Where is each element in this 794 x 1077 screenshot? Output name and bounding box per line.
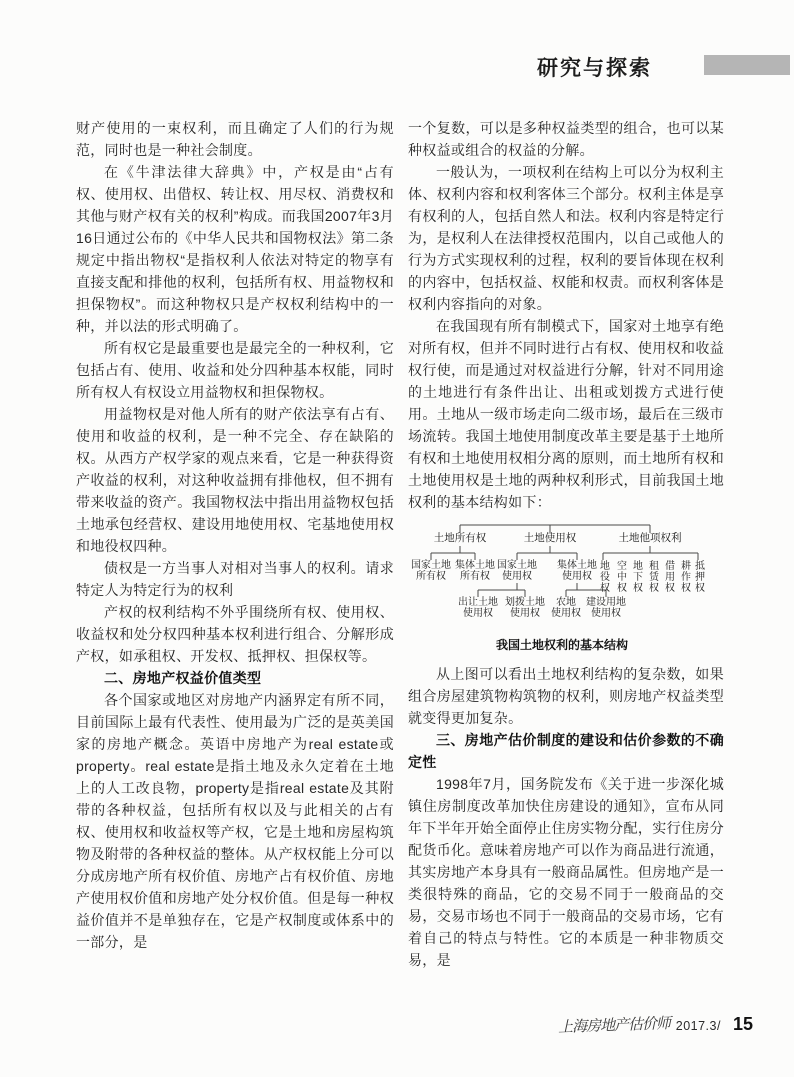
left-column: 财产使用的一束权利，而且确定了人们的行为规范，同时也是一种社会制度。 在《牛津法… [76,117,394,953]
page-number: 15 [733,1014,753,1035]
journal-logo: 上海房地产估价师 [557,1012,670,1037]
node-cultivation-right: 耕作权 [679,560,690,604]
node-farmland-use: 农地 使用权 [551,597,581,619]
paragraph: 在《牛津法律大辞典》中，产权是由“占有权、使用权、出借权、转让权、用尽权、消费权… [76,161,394,337]
header-accent-block [704,55,790,75]
paragraph: 所有权它是最重要也是最完全的一种权利，它包括占有、使用、收益和处分四种基本权能，… [76,337,394,403]
section-heading-3: 三、房地产估价制度的建设和估价参数的不确定性 [408,729,724,773]
node-allocated-land-use: 划拨土地 使用权 [505,597,545,619]
paragraph: 产权的权利结构不外乎围绕所有权、使用权、收益权和处分权四种基本权利进行组合、分解… [76,601,394,667]
paragraph: 一个复数，可以是多种权益类型的组合，也可以某种权益或组合的权益的分解。 [408,117,724,161]
node-other-land-rights: 土地他项权利 [619,533,682,544]
section-label: 研究与探索 [537,52,652,82]
paragraph: 各个国家或地区对房地产内涵界定有所不同，目前国际上最有代表性、使用最为广泛的是英… [76,689,394,953]
diagram-caption: 我国土地权利的基本结构 [496,640,628,651]
land-rights-diagram: 土地所有权 土地使用权 土地他项权利 国家土地 所有权 集体土地 所有权 国家土… [408,519,738,661]
node-state-land-use: 国家土地 使用权 [497,560,537,582]
paragraph: 财产使用的一束权利，而且确定了人们的行为规范，同时也是一种社会制度。 [76,117,394,161]
node-land-ownership-right: 土地所有权 [434,533,487,544]
issue-label: 2017.3/ [676,1019,721,1033]
page-footer: 上海房地产估价师 2017.3/ 15 [558,1014,753,1035]
paragraph: 1998年7月，国务院发布《关于进一步深化城镇住房制度改革加快住房建设的通知》，… [408,773,724,971]
paragraph: 用益物权是对他人所有的财产依法享有占有、使用和收益的权利，是一种不完全、存在缺陷… [76,403,394,557]
paragraph: 从上图可以看出土地权利结构的复杂数，如果组合房屋建筑物构筑物的权利，则房地产权益… [408,663,724,729]
node-state-land-ownership: 国家土地 所有权 [411,560,451,582]
paragraph: 债权是一方当事人对相对当事人的权利。请求特定人为特定行为的权利 [76,557,394,601]
node-construction-land-use: 建设用地 使用权 [586,597,626,619]
paragraph: 一般认为，一项权利在结构上可以分为权利主体、权利内容和权利客体三个部分。权利主体… [408,161,724,315]
paragraph: 在我国现有所有制模式下，国家对土地享有绝对所有权，但并不同时进行占有权、使用权和… [408,315,724,513]
node-mortgage-right: 抵押权 [693,560,704,604]
journal-page: 研究与探索 财产使用的一束权利，而且确定了人们的行为规范，同时也是一种社会制度。… [0,0,794,1077]
node-collective-land-ownership: 集体土地 所有权 [455,560,495,582]
node-land-use-right: 土地使用权 [524,533,577,544]
section-heading-2: 二、房地产权益价值类型 [76,667,394,689]
node-collective-land-use: 集体土地 使用权 [557,560,597,582]
right-column: 一个复数，可以是多种权益类型的组合，也可以某种权益或组合的权益的分解。 一般认为… [408,117,724,971]
node-borrow-right: 借用权 [663,560,674,604]
node-granted-land-use: 出让土地 使用权 [458,597,498,619]
node-underground-right: 地下权 [631,560,642,604]
node-lease-right: 租赁权 [647,560,658,604]
page-header: 研究与探索 [0,50,794,80]
